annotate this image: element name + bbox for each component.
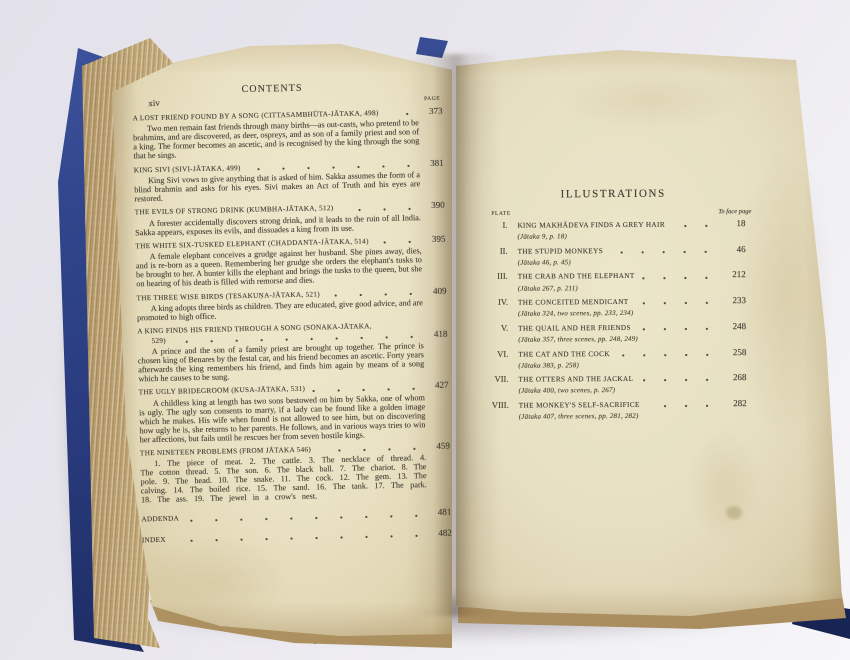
page-stain (726, 506, 742, 519)
back-row-label: INDEX (142, 535, 166, 545)
dot-leader (375, 239, 423, 245)
back-row-page-number: 481 (431, 508, 451, 518)
plate-caption: (Jātaka 400, two scenes, p. 267) (519, 385, 753, 395)
entry-page-number: 418 (427, 329, 447, 339)
entry-description: King Sivi vows to give anything that is … (134, 170, 421, 203)
dot-leader (339, 206, 421, 213)
plate-page-number: 258 (720, 348, 746, 357)
plate-numeral: VI. (480, 349, 508, 358)
page-column-header: PAGE (424, 96, 440, 102)
plate-title: KING MAKHĀDEVA FINDS A GREY HAIR (517, 221, 665, 231)
plate-title-row: III. THE CRAB AND THE ELEPHANT 212 (480, 270, 752, 282)
dot-leader (609, 249, 717, 255)
plate-title-row: V. THE QUAIL AND HER FRIENDS 248 (480, 322, 752, 334)
plate-list: I. KING MAKHĀDEVA FINDS A GREY HAIR 18 (… (479, 219, 752, 421)
entry-page-number: 390 (425, 201, 445, 211)
dot-leader (317, 446, 427, 453)
illustrations-page-text: ILLUSTRATIONS PLATE To face page I. KING… (479, 187, 753, 427)
page-stain (688, 428, 760, 543)
dot-leader (385, 111, 420, 117)
plate-numeral: VII. (480, 375, 508, 384)
dot-leader (635, 301, 717, 307)
plate-numeral: VIII. (481, 401, 509, 410)
entry-page-number: 459 (430, 442, 450, 452)
plate-caption: (Jātaka 357, three scenes, pp. 248, 249) (518, 334, 752, 344)
dot-leader (639, 378, 717, 384)
plate-page-number: 282 (721, 399, 747, 408)
plate-entry: VIII. THE MONKEY'S SELF-SACRIFICE 282 (J… (481, 399, 753, 421)
entry-page-number: 427 (429, 381, 449, 391)
contents-page-text: CONTENTS xiv PAGE A LOST FRIEND FOUND BY… (132, 80, 452, 545)
contents-entry: A KING FINDS HIS FRIEND THROUGH A SONG (… (137, 320, 448, 383)
entry-page-number: 395 (425, 235, 445, 245)
contents-entry: THE EVILS OF STRONG DRINK (KUMBHA-JĀTAKA… (135, 201, 446, 237)
plate-title: THE QUAIL AND HER FRIENDS (518, 324, 631, 334)
contents-entry: THE UGLY BRIDEGROOM (KUSA-JĀTAKA, 531) 4… (139, 381, 450, 444)
folio-number: xiv (148, 98, 160, 108)
plate-title-row: VI. THE CAT AND THE COCK 258 (480, 348, 752, 360)
plate-caption: (Jātaka 383, p. 258) (518, 360, 752, 370)
plate-caption: (Jātaka 324, two scenes, pp. 233, 234) (518, 308, 752, 318)
dot-leader (671, 224, 716, 229)
plate-entry: II. THE STUPID MONKEYS 46 (Jātaka 46, p.… (480, 245, 752, 267)
dot-leader (646, 403, 718, 409)
dot-leader (185, 513, 428, 523)
entry-page-number: 381 (424, 158, 444, 168)
face-page-column-header: To face page (718, 208, 751, 215)
plate-title-row: I. KING MAKHĀDEVA FINDS A GREY HAIR 18 (479, 219, 751, 231)
contents-entry: A LOST FRIEND FOUND BY A SONG (CITTASAMB… (133, 107, 444, 161)
plate-numeral: II. (480, 246, 508, 255)
addenda-row: ADDENDA 481 (141, 508, 451, 525)
page-stain (560, 70, 740, 130)
plate-page-number: 233 (720, 296, 746, 305)
entry-title-continuation: 529) (137, 336, 166, 346)
plate-column-header: PLATE (491, 211, 511, 217)
entry-description: A prince and the son of a family priest … (138, 341, 425, 383)
contents-entries: A LOST FRIEND FOUND BY A SONG (CITTASAMB… (133, 107, 452, 545)
plate-caption: (Jātaka 407, three scenes, pp. 281, 282) (519, 411, 753, 421)
plate-title-row: II. THE STUPID MONKEYS 46 (480, 245, 752, 257)
plate-title-row: IV. THE CONCEITED MENDICANT 233 (480, 296, 752, 308)
plate-numeral: I. (479, 221, 507, 230)
plate-title: THE OTTERS AND THE JACKAL (518, 375, 633, 385)
entry-description: Two men remain fast friends through many… (133, 118, 420, 160)
illustrations-column-headers: PLATE To face page (479, 208, 751, 217)
entry-description: A childless king at length has two sons … (139, 393, 426, 444)
plate-title: THE CAT AND THE COCK (518, 350, 610, 360)
dot-leader (326, 291, 424, 298)
entry-page-number: 373 (423, 107, 443, 117)
contents-entry: THE WHITE SIX-TUSKED ELEPHANT (CHADDANTA… (135, 235, 446, 289)
plate-title-row: VII. THE OTTERS AND THE JACKAL 268 (480, 373, 752, 385)
plate-title-row: VIII. THE MONKEY'S SELF-SACRIFICE 282 (481, 399, 753, 411)
plate-page-number: 46 (720, 245, 746, 254)
plate-entry: I. KING MAKHĀDEVA FINDS A GREY HAIR 18 (… (479, 219, 751, 241)
dot-leader (616, 352, 717, 358)
entry-description: A female elephant conceives a grudge aga… (136, 246, 423, 288)
page-stain (138, 535, 288, 630)
dot-leader (641, 275, 717, 281)
dot-leader (637, 326, 717, 332)
plate-entry: VII. THE OTTERS AND THE JACKAL 268 (Jāta… (480, 373, 752, 395)
contents-entry: KING SIVI (SIVI-JĀTAKA, 499) 381 King Si… (134, 158, 445, 203)
plate-page-number: 268 (720, 373, 746, 382)
plate-numeral: IV. (480, 298, 508, 307)
contents-entry: THE THREE WISE BIRDS (TESAKUṆA-JĀTAKA, 5… (137, 286, 448, 322)
contents-entry: THE NINETEEN PROBLEMS (FROM JĀTAKA 546) … (140, 442, 451, 505)
plate-caption: (Jātaka 267, p. 211) (518, 283, 752, 293)
plate-title: THE CRAB AND THE ELEPHANT (518, 272, 635, 282)
book-photo: CONTENTS xiv PAGE A LOST FRIEND FOUND BY… (0, 0, 850, 660)
plate-title: THE CONCEITED MENDICANT (518, 298, 629, 308)
plate-caption: (Jātaka 46, p. 45) (518, 257, 752, 267)
plate-title: THE MONKEY'S SELF-SACRIFICE (519, 401, 640, 411)
plate-numeral: III. (480, 272, 508, 281)
illustrations-heading: ILLUSTRATIONS (475, 187, 751, 201)
plate-entry: V. THE QUAIL AND HER FRIENDS 248 (Jātaka… (480, 322, 752, 344)
back-row-label: ADDENDA (141, 515, 179, 525)
plate-numeral: V. (480, 324, 508, 333)
entry-description: 1. The piece of meat. 2. The cattle. 3. … (140, 453, 427, 504)
plate-page-number: 18 (719, 219, 745, 228)
plate-entry: III. THE CRAB AND THE ELEPHANT 212 (Jāta… (480, 270, 752, 292)
plate-title: THE STUPID MONKEYS (518, 247, 604, 257)
entry-page-number: 409 (426, 286, 446, 296)
plate-entry: IV. THE CONCEITED MENDICANT 233 (Jātaka … (480, 296, 752, 318)
back-row-page-number: 482 (432, 528, 452, 538)
plate-entry: VI. THE CAT AND THE COCK 258 (Jātaka 383… (480, 348, 752, 370)
plate-caption: (Jātaka 9, p. 18) (517, 231, 751, 241)
plate-page-number: 248 (720, 322, 746, 331)
plate-page-number: 212 (720, 270, 746, 279)
